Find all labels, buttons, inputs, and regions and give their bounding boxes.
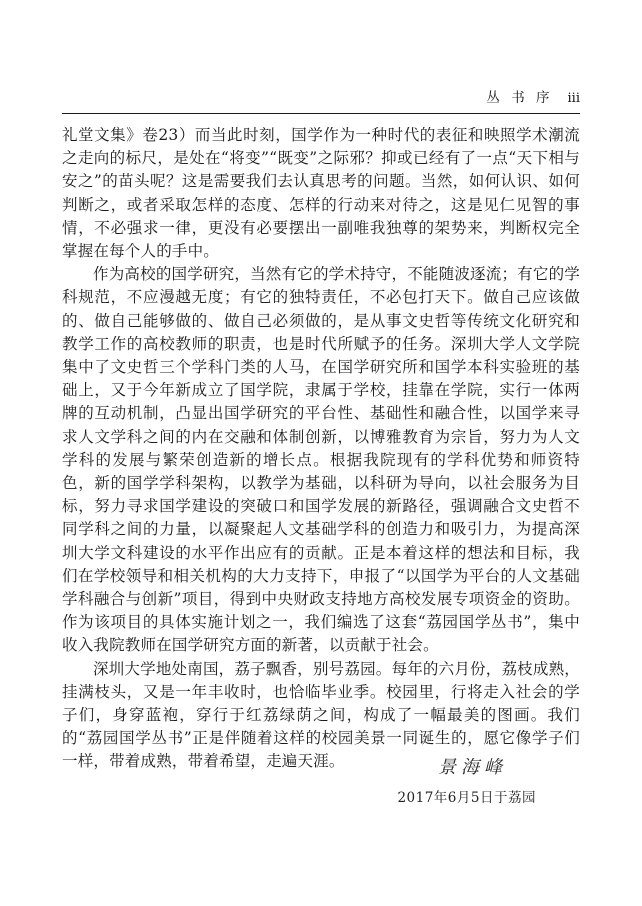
paragraph: 作为高校的国学研究，当然有它的学术持守，不能随波逐流；有它的学科规范，不应漫越无… [62, 263, 580, 657]
running-header: 丛 书 序iii [62, 86, 580, 114]
signature-block: 景海峰 2017年6月5日于荔园 [62, 753, 580, 806]
signature-date: 2017年6月5日于荔园 [62, 786, 580, 806]
running-head-title: 丛 书 序 [486, 90, 551, 106]
paragraph: 礼堂文集》卷23）而当此时刻，国学作为一种时代的表征和映照学术潮流之走向的标尺，… [62, 124, 580, 263]
preface-body: 礼堂文集》卷23）而当此时刻，国学作为一种时代的表征和映照学术潮流之走向的标尺，… [62, 124, 580, 774]
book-page: 丛 书 序iii 礼堂文集》卷23）而当此时刻，国学作为一种时代的表征和映照学术… [0, 0, 642, 906]
page-number: iii [568, 91, 580, 106]
author-name: 景海峰 [62, 753, 580, 779]
